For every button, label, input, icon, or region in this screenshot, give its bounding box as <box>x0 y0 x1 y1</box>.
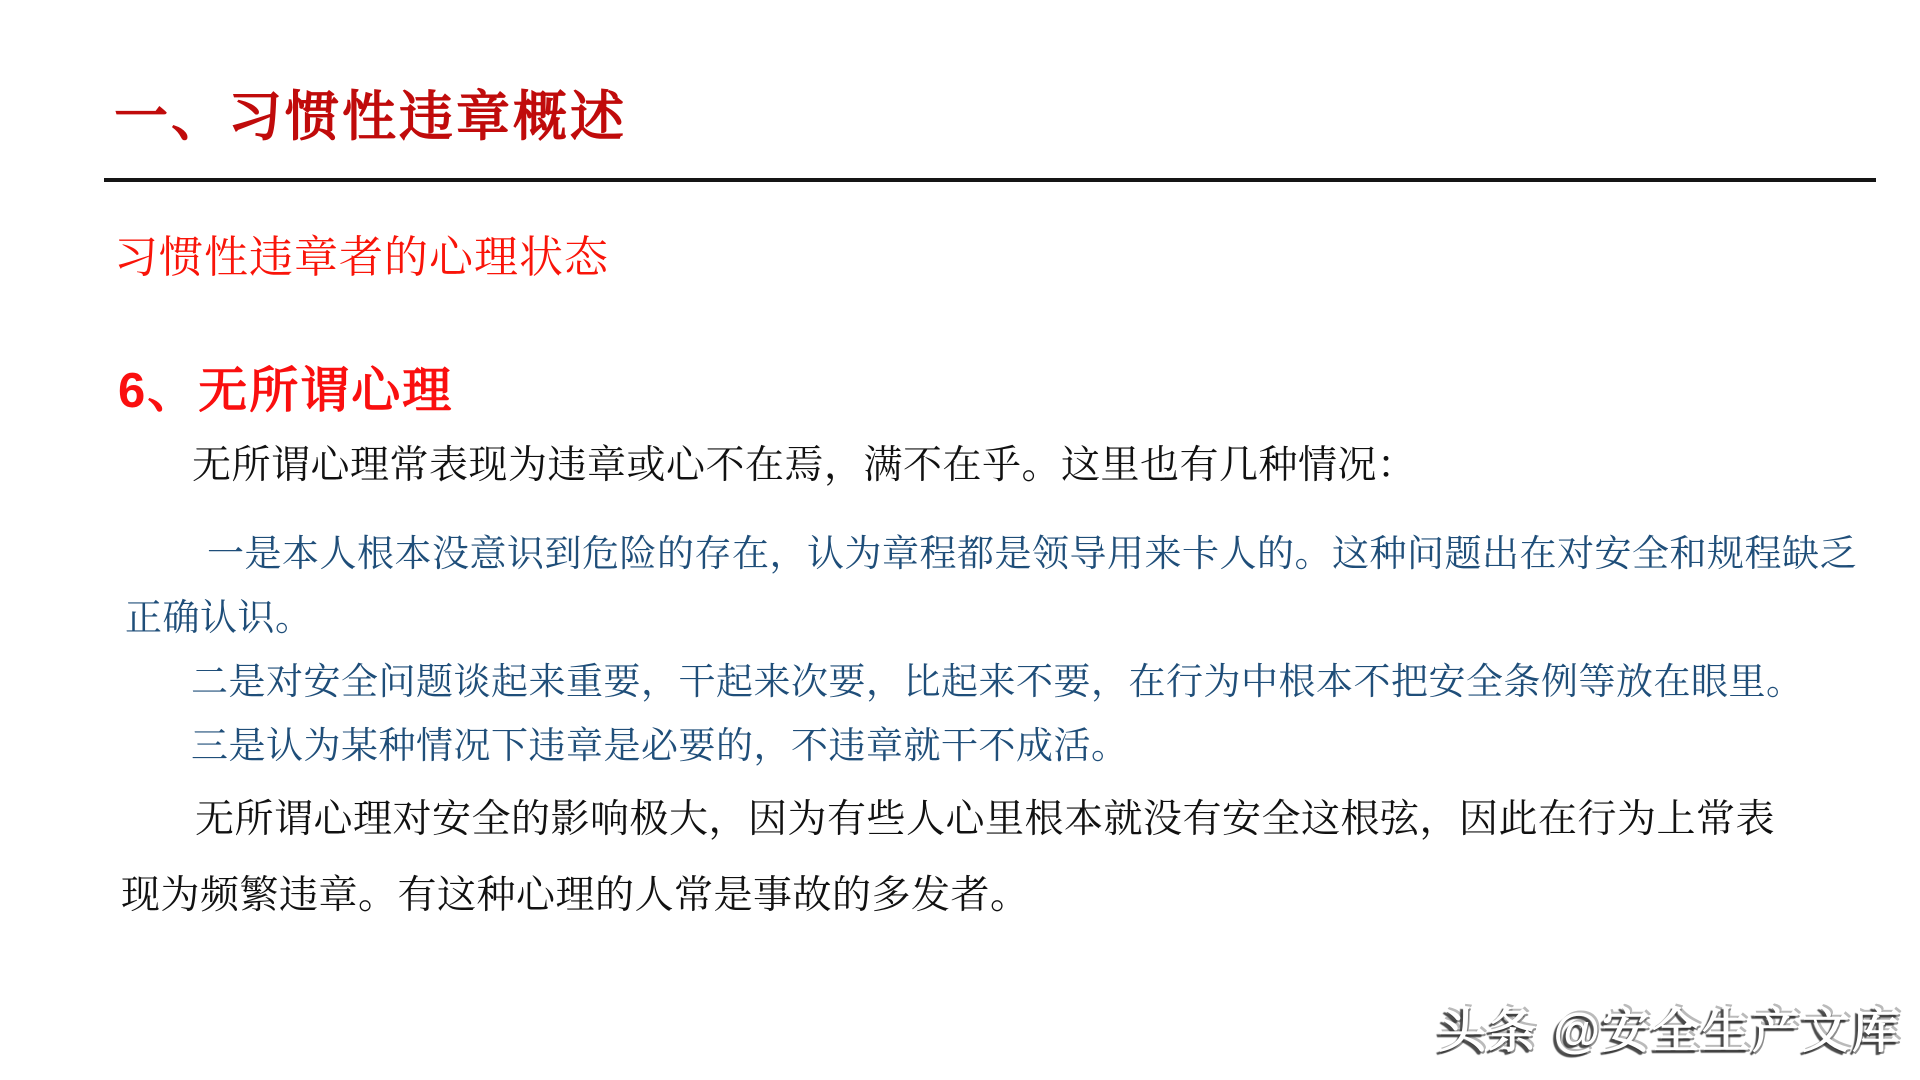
slide-title: 一、习惯性违章概述 <box>114 88 627 147</box>
point-line-3: 二是对安全问题谈起来重要，干起来次要，比起来不要，在行为中根本不把安全条例等放在… <box>125 650 1857 714</box>
point-line-4: 三是认为某种情况下违章是必要的，不违章就干不成活。 <box>125 714 1857 778</box>
point-line-1: 一是本人根本没意识到危险的存在，认为章程都是领导用来卡人的。这种问题出在对安全和… <box>125 522 1857 586</box>
presentation-slide: 一、习惯性违章概述 习惯性违章者的心理状态 6、无所谓心理 无所谓心理常表现为违… <box>0 0 1920 1080</box>
closing-paragraph: 无所谓心理对安全的影响极大，因为有些人心里根本就没有安全这根弦，因此在行为上常表… <box>121 782 1775 934</box>
section-heading: 6、无所谓心理 <box>118 352 453 422</box>
title-divider-line <box>104 178 1876 182</box>
intro-paragraph: 无所谓心理常表现为违章或心不在焉，满不在乎。这里也有几种情况： <box>192 434 1417 490</box>
points-paragraph: 一是本人根本没意识到危险的存在，认为章程都是领导用来卡人的。这种问题出在对安全和… <box>125 522 1857 778</box>
closing-line-1: 无所谓心理对安全的影响极大，因为有些人心里根本就没有安全这根弦，因此在行为上常表 <box>121 782 1775 858</box>
point-line-2: 正确认识。 <box>125 586 1857 650</box>
slide-subtitle: 习惯性违章者的心理状态 <box>114 221 609 285</box>
closing-line-2: 现为频繁违章。有这种心理的人常是事故的多发者。 <box>121 858 1775 934</box>
toutiao-watermark: 头条 @安全生产文库 <box>1438 992 1902 1061</box>
